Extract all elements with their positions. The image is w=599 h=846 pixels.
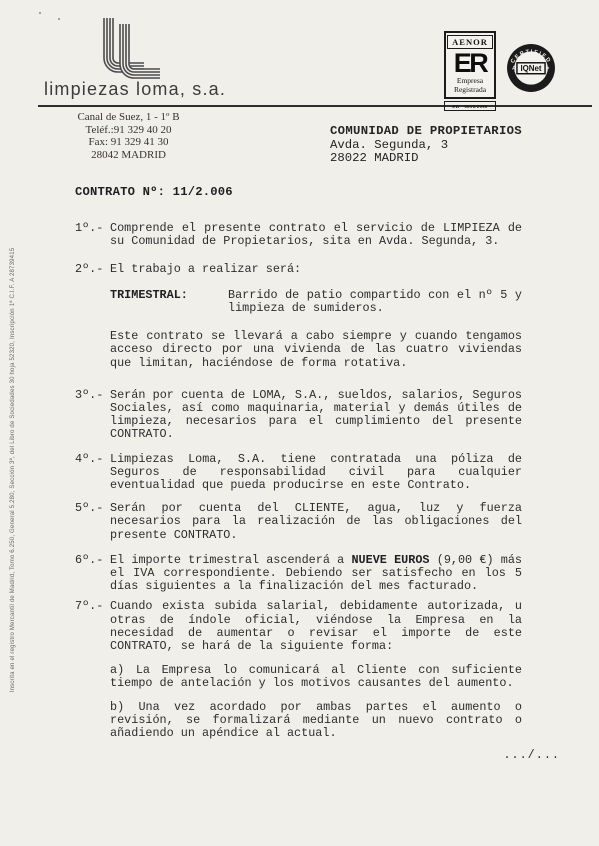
clause-3: 3º.- Serán por cuenta de LOMA, S.A., sue… [75, 389, 522, 442]
clause-text: Limpiezas Loma, S.A. tiene contratada un… [110, 453, 522, 493]
aenor-caption-line2: Registrada [447, 86, 493, 95]
clause-number: 2º.- [75, 263, 110, 276]
schedule-label: TRIMESTRAL: [110, 289, 228, 315]
clause-text: Serán por cuenta de LOMA, S.A., sueldos,… [110, 389, 522, 442]
sender-address-line: Canal de Suez, 1 - 1º B [56, 111, 201, 124]
contract-body: CONTRATO Nº: 11/2.006 1º.- Comprende el … [75, 186, 522, 740]
recipient-block: COMUNIDAD DE PROPIETARIOS Avda. Segunda,… [330, 125, 522, 166]
clause-4: 4º.- Limpiezas Loma, S.A. tiene contrata… [75, 453, 522, 493]
recipient-address-line: Avda. Segunda, 3 [330, 139, 522, 153]
header-divider [38, 105, 592, 107]
sender-address-line: 28042 MADRID [56, 149, 201, 162]
clause-7: 7º.- Cuando exista subida salarial, debi… [75, 600, 522, 653]
continuation-mark: .../... [503, 748, 560, 762]
clause-text: Comprende el presente contrato el servic… [110, 222, 522, 248]
scanned-contract-page: Inscrita en el registro Mercantil de Mad… [0, 0, 599, 846]
er-mark-icon: ER [447, 50, 493, 77]
sender-address-line: Teléf.:91 329 40 20 [56, 124, 201, 137]
iqnet-center-label: IQNet [520, 64, 541, 73]
clause-text-pre: El importe trimestral ascenderá a [110, 553, 351, 567]
iqnet-badge: CERTIFIED QUALITY SYSTEM IQNet [506, 43, 556, 98]
clause-number: 4º.- [75, 453, 110, 493]
schedule-row: TRIMESTRAL: Barrido de patio compartido … [75, 289, 522, 315]
aenor-title: AENOR [447, 35, 493, 49]
clause-number: 1º.- [75, 222, 110, 248]
clause-text: Cuando exista subida salarial, debidamen… [110, 600, 522, 653]
loma-ribbon-logo-icon [84, 14, 172, 87]
rotation-note-paragraph: Este contrato se llevará a cabo siempre … [110, 330, 522, 370]
scan-artifact-dot [58, 18, 60, 20]
clause-5: 5º.- Serán por cuenta del CLIENTE, agua,… [75, 502, 522, 542]
sub-item-a: a) La Empresa lo comunicará al Cliente c… [110, 664, 522, 690]
amount-highlight: NUEVE EUROS [351, 553, 429, 567]
clause-text: El importe trimestral ascenderá a NUEVE … [110, 554, 522, 594]
aenor-cert-number: ER - 0656/2000 [444, 101, 496, 111]
company-name: limpiezas loma, s.a. [44, 79, 226, 100]
clause-text: Serán por cuenta del CLIENTE, agua, luz … [110, 502, 522, 542]
clause-number: 7º.- [75, 600, 110, 653]
sender-address-block: Canal de Suez, 1 - 1º B Teléf.:91 329 40… [56, 111, 201, 161]
recipient-name: COMUNIDAD DE PROPIETARIOS [330, 125, 522, 139]
clause-number: 3º.- [75, 389, 110, 442]
registry-side-note: Inscrita en el registro Mercantil de Mad… [10, 230, 18, 710]
sender-address-line: Fax: 91 329 41 30 [56, 136, 201, 149]
aenor-er-badge: AENOR ER Empresa Registrada ER - 0656/20… [444, 31, 496, 111]
sub-item-b: b) Una vez acordado por ambas partes el … [110, 701, 522, 741]
recipient-address-line: 28022 MADRID [330, 152, 522, 166]
scan-artifact-dot [39, 12, 41, 14]
clause-2: 2º.- El trabajo a realizar será: [75, 263, 522, 276]
clause-number: 6º.- [75, 554, 110, 594]
clause-number: 5º.- [75, 502, 110, 542]
clause-1: 1º.- Comprende el presente contrato el s… [75, 222, 522, 248]
aenor-box: AENOR ER Empresa Registrada [444, 31, 496, 99]
clause-text: El trabajo a realizar será: [110, 263, 522, 276]
schedule-text: Barrido de patio compartido con el nº 5 … [228, 289, 522, 315]
contract-number: CONTRATO Nº: 11/2.006 [75, 186, 522, 199]
clause-6: 6º.- El importe trimestral ascenderá a N… [75, 554, 522, 594]
